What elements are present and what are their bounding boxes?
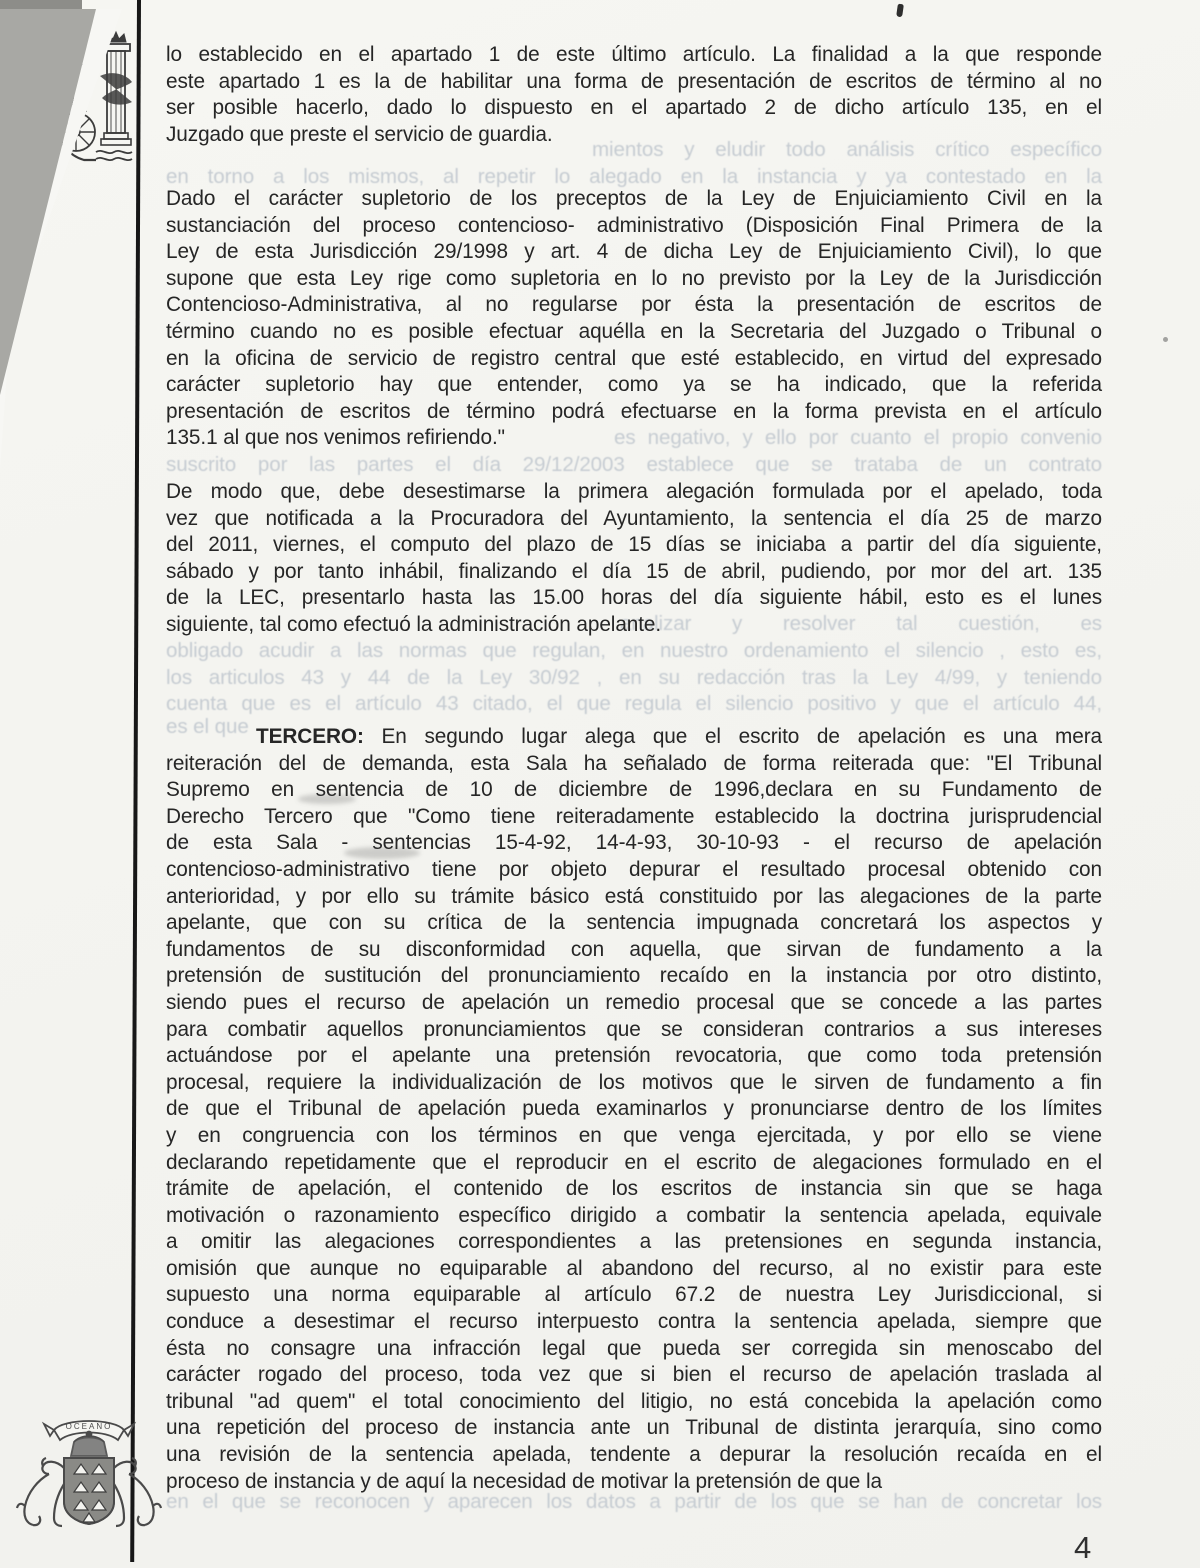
text-line: apelante, que con su crítica de la sente… (166, 910, 1102, 937)
text-line: del 2011, viernes, el computo del plazo … (166, 532, 1102, 559)
text-line: sustanciación del proceso contencioso- a… (166, 213, 1102, 240)
text-line: TERCERO: En segundo lugar alega que el e… (166, 724, 1102, 751)
text-line: siguiente, tal como efectuó la administr… (166, 612, 1102, 639)
paragraph: TERCERO: En segundo lugar alega que el e… (166, 724, 1102, 1495)
text-line: este apartado 1 es la de habilitar una f… (166, 69, 1102, 96)
text-line: fundamentos de su disconformidad con aqu… (166, 937, 1102, 964)
svg-text:OCEANO: OCEANO (66, 1422, 113, 1431)
text-line: 135.1 al que nos venimos refiriendo." (166, 425, 1102, 452)
text-line: carácter supletorio hay que entender, co… (166, 372, 1102, 399)
text-line: ser posible hacerlo, dado lo dispuesto e… (166, 95, 1102, 122)
text-line: una revisión de la sentencia apelada, te… (166, 1442, 1102, 1469)
text-line: contencioso-administrativo tiene por obj… (166, 857, 1102, 884)
text-line: siendo pues el recurso de apelación un r… (166, 990, 1102, 1017)
scanned-page: mientos y eludir todo análisis crítico e… (0, 0, 1200, 1568)
text-line: a omitir las alegaciones correspondiente… (166, 1229, 1102, 1256)
text-line: supone que esta Ley rige como supletoria… (166, 266, 1102, 293)
text-line: anterioridad, y por ello su trámite bási… (166, 884, 1102, 911)
paragraph: Dado el carácter supletorio de los prece… (166, 186, 1102, 452)
text-line: carácter rogado del proceso, toda vez qu… (166, 1362, 1102, 1389)
text-line: Juzgado que preste el servicio de guardi… (166, 122, 1102, 149)
text-line: omisión que aunque no equiparable al aba… (166, 1256, 1102, 1283)
text-line: de esta Sala - sentencias 15-4-92, 14-4-… (166, 830, 1102, 857)
text-line: ésta no consagre una infracción legal qu… (166, 1336, 1102, 1363)
paragraph: De modo que, debe desestimarse la primer… (166, 479, 1102, 639)
ink-smudge (344, 847, 420, 859)
text-line: Derecho Tercero que "Como tiene reiterad… (166, 804, 1102, 831)
text-line: de la LEC, presentarlo hasta las 15.00 h… (166, 585, 1102, 612)
text-line: de que el Tribunal de apelación pueda ex… (166, 1096, 1102, 1123)
text-line: declarando repetidamente que el reproduc… (166, 1150, 1102, 1177)
canary-islands-emblem-icon: OCEANO (14, 1410, 164, 1534)
text-line: sábado y por tanto inhábil, finalizando … (166, 559, 1102, 586)
text-line: pretensión de sustitución del pronunciam… (166, 963, 1102, 990)
page-number: 4 (1074, 1530, 1091, 1566)
text-line: trámite de apelación, el contenido de lo… (166, 1176, 1102, 1203)
text-line: procesal, requiere la individualización … (166, 1070, 1102, 1097)
text-line: presentación de escritos de término podr… (166, 399, 1102, 426)
text-line: y en congruencia con los términos en que… (166, 1123, 1102, 1150)
text-line: vez que notificada a la Procuradora del … (166, 506, 1102, 533)
paragraph: lo establecido en el apartado 1 de este … (166, 42, 1102, 148)
text-line: Dado el carácter supletorio de los prece… (166, 186, 1102, 213)
text-line: motivación o razonamiento específico dir… (166, 1203, 1102, 1230)
text-line: reiteración del de demanda, esta Sala ha… (166, 751, 1102, 778)
text-line: conduce a desestimar el recurso interpue… (166, 1309, 1102, 1336)
text-column: lo establecido en el apartado 1 de este … (0, 0, 1200, 1568)
text-line: lo establecido en el apartado 1 de este … (166, 42, 1102, 69)
text-line: tribunal "ad quem" el total conocimiento… (166, 1389, 1102, 1416)
text-line: término cuando no es posible efectuar aq… (166, 319, 1102, 346)
text-line: Contencioso-Administrativa, al no regula… (166, 292, 1102, 319)
text-line: supuesto una norma equiparable al artícu… (166, 1282, 1102, 1309)
text-line: una repetición del proceso de instancia … (166, 1415, 1102, 1442)
text-line: actuándose por el apelante una pretensió… (166, 1043, 1102, 1070)
ink-smudge (298, 794, 356, 804)
text-line: proceso de instancia y de aquí la necesi… (166, 1469, 1102, 1496)
stray-dot (1163, 337, 1168, 342)
text-line: Ley de esta Jurisdicción 29/1998 y art. … (166, 239, 1102, 266)
text-line: para combatir aquellos pronunciamientos … (166, 1017, 1102, 1044)
text-line: De modo que, debe desestimarse la primer… (166, 479, 1102, 506)
text-line: en la oficina de servicio de registro ce… (166, 346, 1102, 373)
